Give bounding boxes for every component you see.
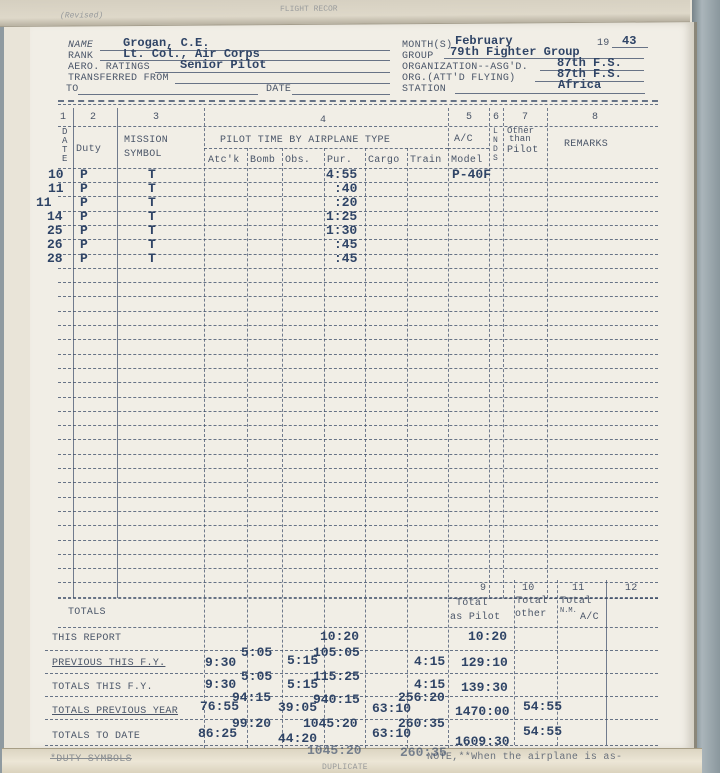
col-number-11: 11 xyxy=(572,583,585,594)
header-other-3: Pilot xyxy=(507,145,539,156)
totals-bomb: 94:15 xyxy=(232,690,271,705)
header-total-other-2: other xyxy=(515,609,547,620)
totals-pur: 105:05 xyxy=(313,645,360,660)
row-mission: T xyxy=(148,167,156,182)
col-line-train xyxy=(448,108,449,753)
row-duty: P xyxy=(80,237,88,252)
revised-note: (Revised) xyxy=(60,11,103,20)
to-underline xyxy=(78,94,258,95)
row-model: P-40F xyxy=(452,167,491,182)
header-total-nm-1: Total xyxy=(560,596,592,607)
row-duty: P xyxy=(80,251,88,266)
totals-header-bottom-rule xyxy=(58,627,658,628)
row-rule xyxy=(58,439,658,440)
row-rule xyxy=(58,525,658,526)
organization-label: ORGANIZATION--ASG'D. xyxy=(402,62,528,73)
underlying-page-footer: *DUTY SYMBOLS DUPLICATE NOTE,**When the … xyxy=(2,748,702,773)
date-label: DATE xyxy=(266,84,291,95)
totals-pur: 115:25 xyxy=(313,669,360,684)
date-underline xyxy=(292,94,390,95)
row-rule xyxy=(58,582,658,583)
header-duty: Duty xyxy=(76,144,101,155)
row-date: 25 xyxy=(47,223,63,238)
row-date: 26 xyxy=(47,237,63,252)
totals-pur: 10:20 xyxy=(320,629,359,644)
header-total-as-pilot-1: Total xyxy=(456,598,488,609)
row-pur: :45 xyxy=(334,237,357,252)
row-date: 11 xyxy=(48,181,64,196)
totals-bomb: 5:05 xyxy=(241,669,272,684)
col-line-total-nm xyxy=(606,580,607,745)
station-label: STATION xyxy=(402,84,446,95)
note-text: NOTE,**When the airplane is as- xyxy=(427,752,622,763)
year-prefix: 19 xyxy=(597,38,610,49)
duplicate-label: DUPLICATE xyxy=(322,763,368,772)
col-number-2: 2 xyxy=(90,112,96,123)
header-bomb: Bomb xyxy=(250,155,275,166)
rank-label: RANK xyxy=(68,51,93,62)
aero-ratings-underline xyxy=(155,72,390,73)
col-number-6: 6 xyxy=(493,112,499,123)
row-rule xyxy=(58,282,658,283)
totals-row-label: TOTALS PREVIOUS YEAR xyxy=(52,706,178,717)
header-mission-1: MISSION xyxy=(124,135,168,146)
header-divider-2 xyxy=(58,104,658,105)
col-line-total-pilot xyxy=(514,580,515,745)
totals-label: TOTALS xyxy=(68,607,106,618)
header-mission-2: SYMBOL xyxy=(124,149,162,160)
totals-row-label: THIS REPORT xyxy=(52,633,121,644)
row-rule xyxy=(58,339,658,340)
row-pur: 1:25 xyxy=(326,209,357,224)
col-number-3: 3 xyxy=(153,112,159,123)
totals-row-label: PREVIOUS THIS F.Y. xyxy=(52,658,165,669)
row-duty: P xyxy=(80,167,88,182)
name-label: NAME xyxy=(68,40,93,51)
document-title-fragment: FLIGHT RECOR xyxy=(280,5,338,14)
row-pur: :45 xyxy=(334,251,357,266)
col-number-12: 12 xyxy=(625,583,638,594)
row-rule xyxy=(58,568,658,569)
row-duty: P xyxy=(80,209,88,224)
header-atck: Atc'k xyxy=(208,155,240,166)
row-pur: 4:55 xyxy=(326,167,357,182)
pilot-time-rule xyxy=(204,148,448,149)
row-rule xyxy=(58,354,658,355)
header-total-nm-2: N.M. xyxy=(560,607,577,615)
row-rule xyxy=(58,511,658,512)
row-rule xyxy=(58,425,658,426)
row-mission: T xyxy=(148,195,156,210)
strike-train-bleed: 260:35 xyxy=(400,745,447,760)
row-rule xyxy=(58,397,658,398)
col-number-9: 9 xyxy=(480,583,486,594)
totals-bomb: 5:05 xyxy=(241,645,272,660)
totals-pur: 1045:20 xyxy=(303,716,358,731)
col-number-7: 7 xyxy=(522,112,528,123)
row-mission: T xyxy=(148,223,156,238)
totals-as-pilot: 1470:00 xyxy=(455,704,510,719)
header-remarks: REMARKS xyxy=(564,139,608,150)
header-pilot-time: PILOT TIME BY AIRPLANE TYPE xyxy=(220,135,390,146)
totals-bomb: 99:20 xyxy=(232,716,271,731)
row-date: 10 xyxy=(48,167,64,182)
org-flying-label: ORG.(ATT'D FLYING) xyxy=(402,73,515,84)
row-rule xyxy=(58,554,658,555)
totals-as-pilot: 10:20 xyxy=(468,629,507,644)
row-rule xyxy=(58,411,658,412)
col-line-total-other xyxy=(557,580,558,745)
row-rule xyxy=(58,368,658,369)
totals-obs: 39:05 xyxy=(278,700,317,715)
col-number-5: 5 xyxy=(466,112,472,123)
totals-atck: 9:30 xyxy=(205,655,236,670)
header-obs: Obs. xyxy=(285,155,310,166)
row-rule xyxy=(58,468,658,469)
header-total-nm-3: A/C xyxy=(580,612,599,623)
row-rule xyxy=(58,325,658,326)
row-rule xyxy=(58,311,658,312)
row-date: 28 xyxy=(47,251,63,266)
header-other-2: than xyxy=(509,134,531,144)
totals-train: 256:20 xyxy=(398,690,445,705)
row-duty: P xyxy=(80,195,88,210)
transferred-from-label: TRANSFERRED FROM xyxy=(68,73,169,84)
row-duty: P xyxy=(80,181,88,196)
row-mission: T xyxy=(148,209,156,224)
row-mission: T xyxy=(148,251,156,266)
row-date: 11 xyxy=(36,195,52,210)
row-rule xyxy=(58,382,658,383)
year-underline xyxy=(612,47,648,48)
group-label: GROUP xyxy=(402,51,434,62)
month-label: MONTH(S) xyxy=(402,40,452,51)
totals-as-pilot: 1609:30 xyxy=(455,734,510,749)
totals-pur: 940:15 xyxy=(313,692,360,707)
flight-record-form xyxy=(30,22,697,750)
row-rule xyxy=(58,296,658,297)
header-divider xyxy=(58,100,658,102)
row-date: 14 xyxy=(47,209,63,224)
totals-row-label: TOTALS TO DATE xyxy=(52,731,140,742)
row-rule xyxy=(58,540,658,541)
header-cargo: Cargo xyxy=(368,155,400,166)
duty-symbols-label: *DUTY SYMBOLS xyxy=(50,754,132,765)
row-pur: :20 xyxy=(334,195,357,210)
year-value: 43 xyxy=(622,34,636,48)
station-value: Africa xyxy=(558,78,601,92)
col-number-4: 4 xyxy=(320,115,326,126)
to-label: TO xyxy=(66,84,79,95)
header-train: Train xyxy=(410,155,442,166)
header-lnds: LNDS xyxy=(493,127,500,163)
row-mission: T xyxy=(148,181,156,196)
header-pur: Pur. xyxy=(327,155,352,166)
col-number-1: 1 xyxy=(60,112,66,123)
strike-pur-bleed: 1045:20 xyxy=(307,743,362,758)
row-rule xyxy=(58,268,658,269)
row-rule xyxy=(58,454,658,455)
station-underline xyxy=(455,93,645,94)
colnum-rule xyxy=(58,126,658,127)
totals-as-pilot: 129:10 xyxy=(461,655,508,670)
row-rule xyxy=(58,497,658,498)
aero-ratings-value: Senior Pilot xyxy=(180,58,266,72)
totals-train: 4:15 xyxy=(414,654,445,669)
row-mission: T xyxy=(148,237,156,252)
header-date: DATE xyxy=(62,128,70,164)
totals-as-pilot: 139:30 xyxy=(461,680,508,695)
ac-rule xyxy=(448,148,489,149)
totals-other: 54:55 xyxy=(523,724,562,739)
row-duty: P xyxy=(80,223,88,238)
row-pur: 1:30 xyxy=(326,223,357,238)
col-number-10: 10 xyxy=(522,583,535,594)
row-pur: :40 xyxy=(334,181,357,196)
totals-row-label: TOTALS THIS F.Y. xyxy=(52,682,153,693)
header-total-as-pilot-2: as Pilot xyxy=(450,612,500,623)
aero-ratings-label: AERO. RATINGS xyxy=(68,62,150,73)
header-total-other-1: Total xyxy=(516,596,548,607)
totals-train: 260:35 xyxy=(398,716,445,731)
header-ac: A/C xyxy=(454,134,473,145)
row-rule xyxy=(58,482,658,483)
col-number-8: 8 xyxy=(592,112,598,123)
totals-other: 54:55 xyxy=(523,699,562,714)
header-model: Model xyxy=(451,155,483,166)
